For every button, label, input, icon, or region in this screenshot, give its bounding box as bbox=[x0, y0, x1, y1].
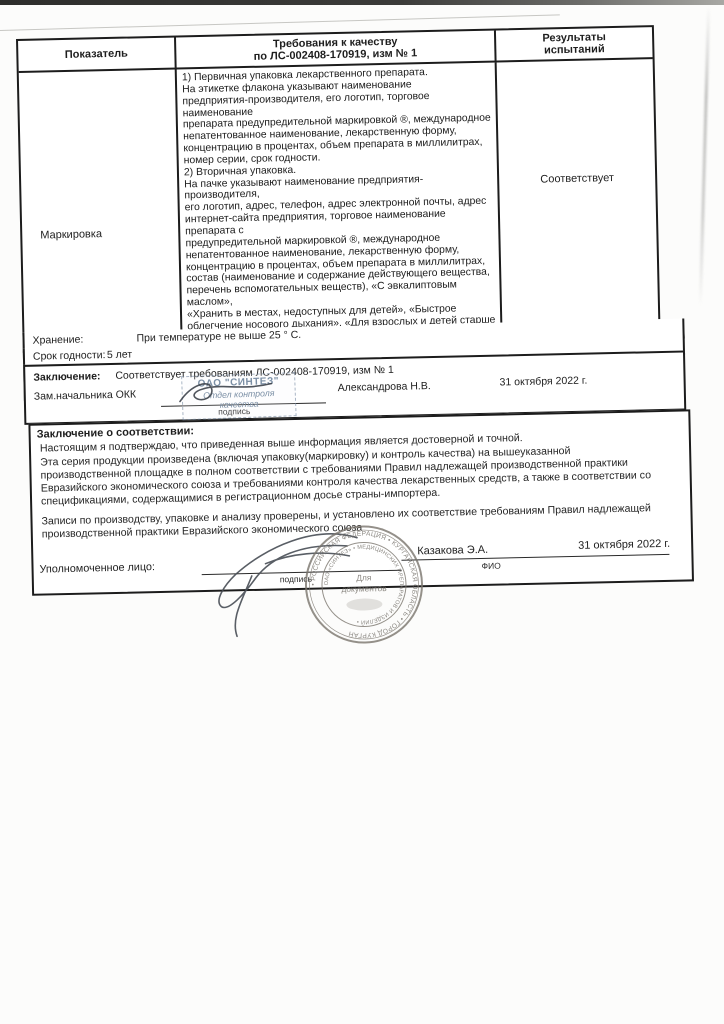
round-stamp: • РОССИЙСКАЯ ФЕДЕРАЦИЯ • КУРГАНСКАЯ ОБЛА… bbox=[301, 521, 428, 648]
round-stamp-center-line2: документов bbox=[341, 583, 387, 594]
header-indicator: Показатель bbox=[18, 38, 177, 71]
header-requirements-label: Требования к качеству по ЛС-002408-17091… bbox=[253, 35, 417, 64]
header-results: Результаты испытаний bbox=[496, 27, 653, 60]
marking-indicator-label: Маркировка bbox=[40, 228, 102, 241]
header-requirements: Требования к качеству по ЛС-002408-17091… bbox=[176, 31, 497, 68]
qc-signer-name: Александрова Н.В. bbox=[338, 380, 431, 394]
authorized-person-name: Казакова Э.А. bbox=[417, 544, 488, 558]
authorized-sign-date: 31 октября 2022 г. bbox=[578, 538, 670, 552]
qc-signer-role: Зам.начальника ОКК bbox=[34, 388, 137, 402]
authorized-name-caption: ФИО bbox=[481, 561, 500, 571]
document-sheet: Показатель Требования к качеству по ЛС-0… bbox=[16, 25, 692, 679]
header-results-label: Результаты испытаний bbox=[542, 31, 606, 57]
qc-sign-date: 31 октября 2022 г. bbox=[499, 375, 587, 389]
marking-result-value: Соответствует bbox=[540, 172, 614, 186]
qc-handwritten-signature bbox=[173, 375, 286, 409]
conformity-heading: Заключение о соответствии: bbox=[37, 425, 195, 440]
header-indicator-label: Показатель bbox=[65, 47, 128, 61]
authorized-person-role: Уполномоченное лицо: bbox=[39, 561, 155, 576]
scanned-quality-certificate-page: { "table": { "col_indicator": "Показател… bbox=[0, 0, 724, 1024]
shelf-life-label: Срок годности: bbox=[33, 349, 106, 363]
scan-right-shadow bbox=[699, 6, 710, 306]
round-stamp-center-line1: Для bbox=[356, 572, 371, 582]
conclusion-label: Заключение: bbox=[33, 370, 100, 383]
scan-left-edge bbox=[6, 0, 12, 935]
scan-top-edge bbox=[0, 0, 724, 5]
storage-value: При температуре не выше 25 ° С. bbox=[136, 329, 301, 345]
shelf-life-value: 5 лет bbox=[107, 349, 132, 362]
storage-label: Хранение: bbox=[32, 334, 83, 347]
